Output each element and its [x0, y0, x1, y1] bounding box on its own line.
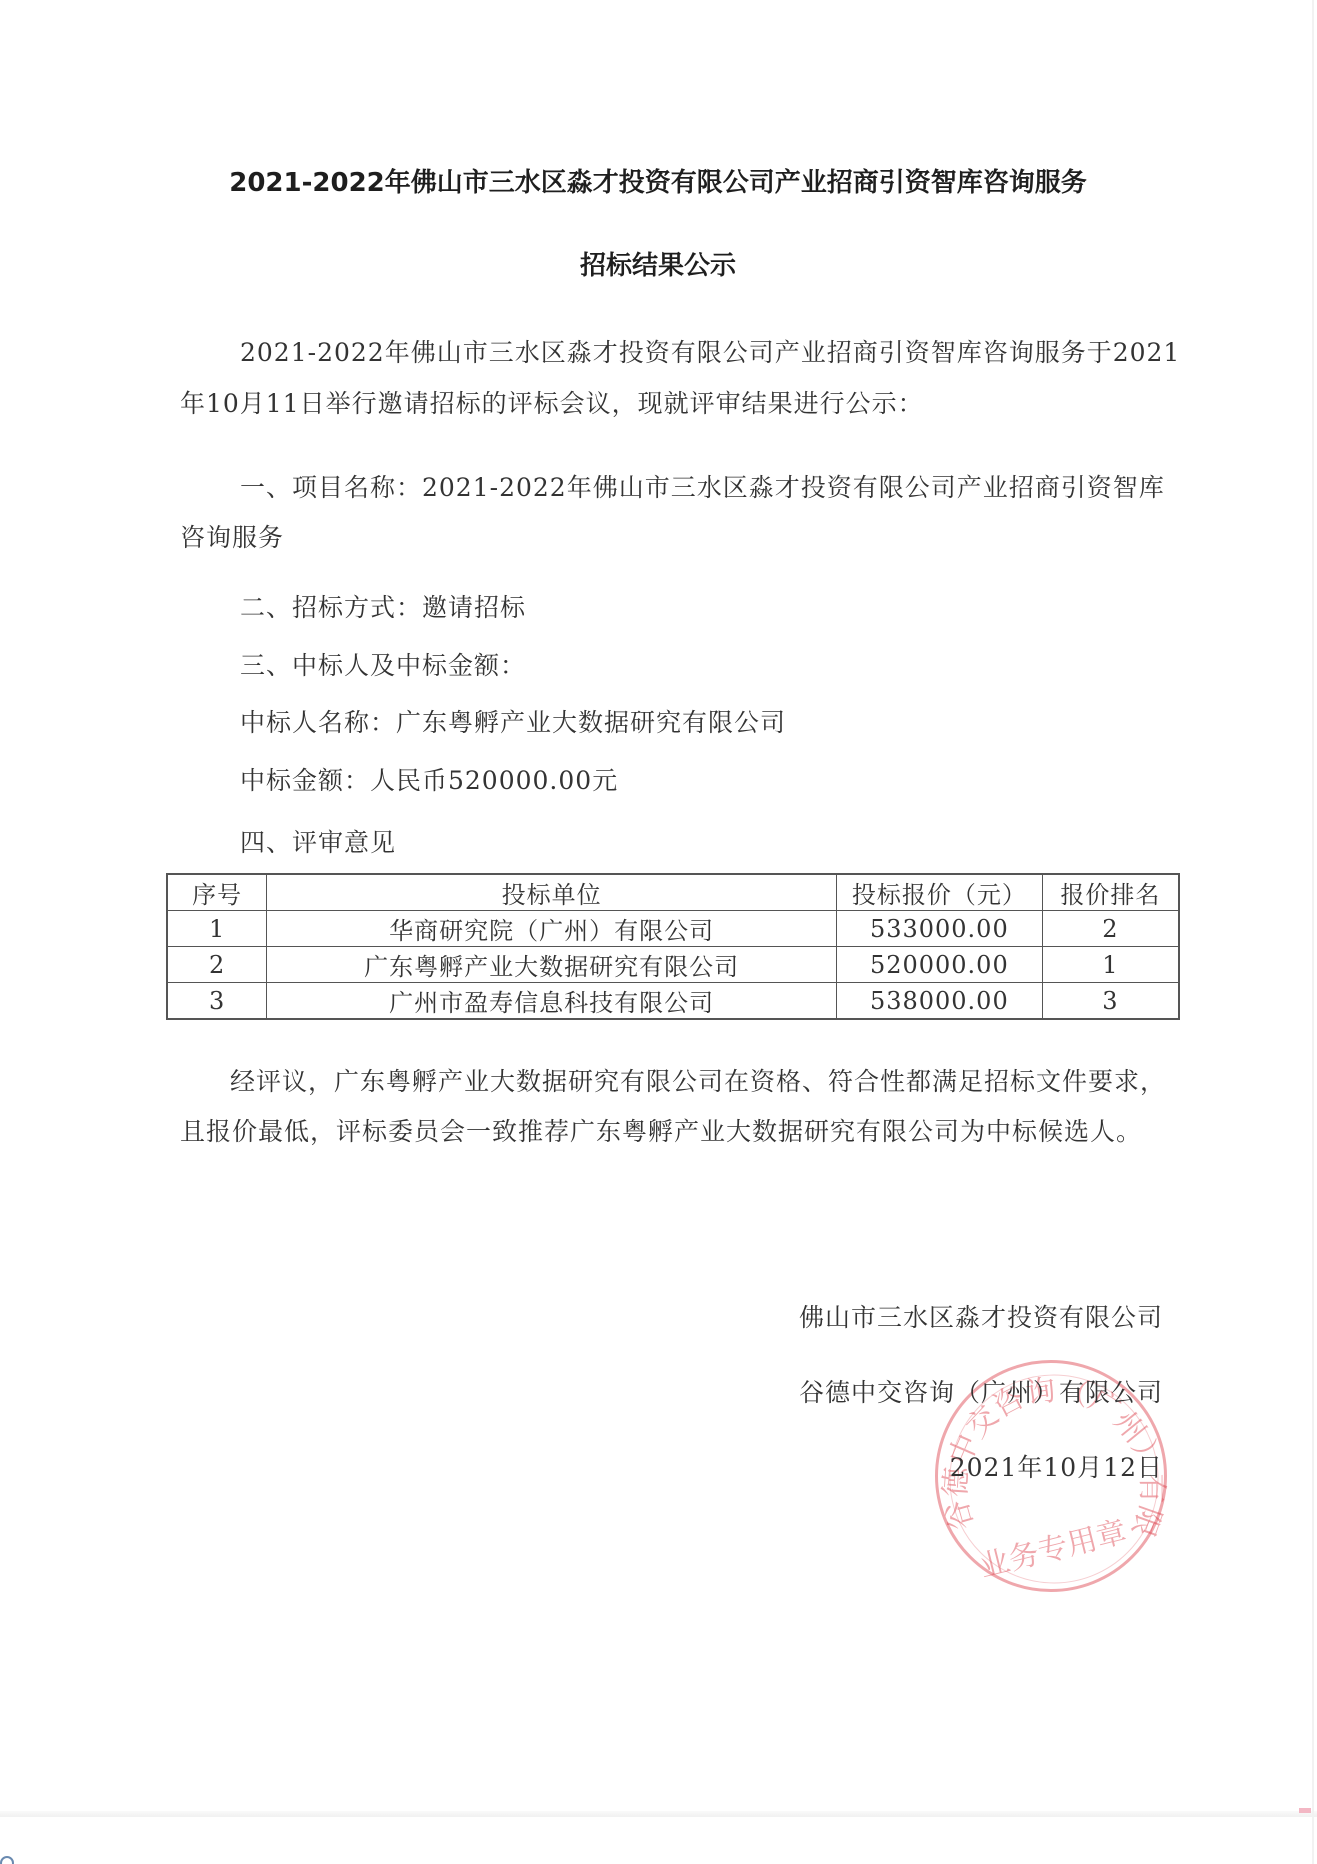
table-row: 3 广州市盈寿信息科技有限公司 538000.00 3 — [167, 983, 1179, 1020]
header-serial-no: 序号 — [167, 874, 267, 911]
scan-artifact-right-edge — [1312, 0, 1314, 1864]
svg-text:业务专用章: 业务专用章 — [976, 1514, 1130, 1584]
conclusion-line2: 且报价最低，评标委员会一致推荐广东粤孵产业大数据研究有限公司为中标候选人。 — [180, 1112, 1142, 1148]
page-title-line2: 招标结果公示 — [0, 245, 1317, 282]
section-bid-method: 二、招标方式：邀请招标 — [240, 588, 526, 624]
section-project-name-line2: 咨询服务 — [180, 518, 284, 554]
signature-org2: 谷德中交咨询（广州）有限公司 — [799, 1373, 1163, 1409]
cell-bidder: 华商研究院（广州）有限公司 — [267, 911, 837, 947]
cell-bidder: 广东粤孵产业大数据研究有限公司 — [267, 947, 837, 983]
table-header-row: 序号 投标单位 投标报价（元） 报价排名 — [167, 874, 1179, 911]
winner-amount: 中标金额：人民币520000.00元 — [240, 761, 618, 797]
cell-price-rank: 2 — [1042, 911, 1179, 947]
table-row: 1 华商研究院（广州）有限公司 533000.00 2 — [167, 911, 1179, 947]
table-row: 2 广东粤孵产业大数据研究有限公司 520000.00 1 — [167, 947, 1179, 983]
cell-bidder: 广州市盈寿信息科技有限公司 — [267, 983, 837, 1020]
cell-bid-price: 520000.00 — [836, 947, 1042, 983]
intro-line1: 2021-2022年佛山市三水区淼才投资有限公司产业招商引资智库咨询服务于202… — [240, 333, 1180, 369]
cell-bid-price: 533000.00 — [836, 911, 1042, 947]
header-bidder: 投标单位 — [267, 874, 837, 911]
cell-bid-price: 538000.00 — [836, 983, 1042, 1020]
signature-date: 2021年10月12日 — [950, 1448, 1163, 1484]
scan-artifact-mark — [1299, 1808, 1311, 1813]
conclusion-line1: 经评议，广东粤孵产业大数据研究有限公司在资格、符合性都满足招标文件要求， — [230, 1062, 1166, 1098]
cell-price-rank: 1 — [1042, 947, 1179, 983]
cell-serial-no: 3 — [167, 983, 267, 1020]
cell-price-rank: 3 — [1042, 983, 1179, 1020]
page-title-line1: 2021-2022年佛山市三水区淼才投资有限公司产业招商引资智库咨询服务 — [0, 162, 1317, 199]
section-winner-heading: 三、中标人及中标金额： — [240, 646, 526, 682]
scan-artifact-edge — [0, 1811, 1317, 1817]
section-review-heading: 四、评审意见 — [240, 823, 396, 859]
header-bid-price: 投标报价（元） — [836, 874, 1042, 911]
cell-serial-no: 2 — [167, 947, 267, 983]
signature-org1: 佛山市三水区淼才投资有限公司 — [799, 1298, 1163, 1334]
section-project-name-line1: 一、项目名称：2021-2022年佛山市三水区淼才投资有限公司产业招商引资智库 — [240, 468, 1165, 504]
intro-line2: 年10月11日举行邀请招标的评标会议，现就评审结果进行公示： — [180, 384, 924, 420]
bid-results-table: 序号 投标单位 投标报价（元） 报价排名 1 华商研究院（广州）有限公司 533… — [166, 873, 1180, 1020]
winner-name: 中标人名称：广东粤孵产业大数据研究有限公司 — [240, 703, 786, 739]
cell-serial-no: 1 — [167, 911, 267, 947]
corner-circle-icon — [0, 1856, 14, 1864]
header-price-rank: 报价排名 — [1042, 874, 1179, 911]
